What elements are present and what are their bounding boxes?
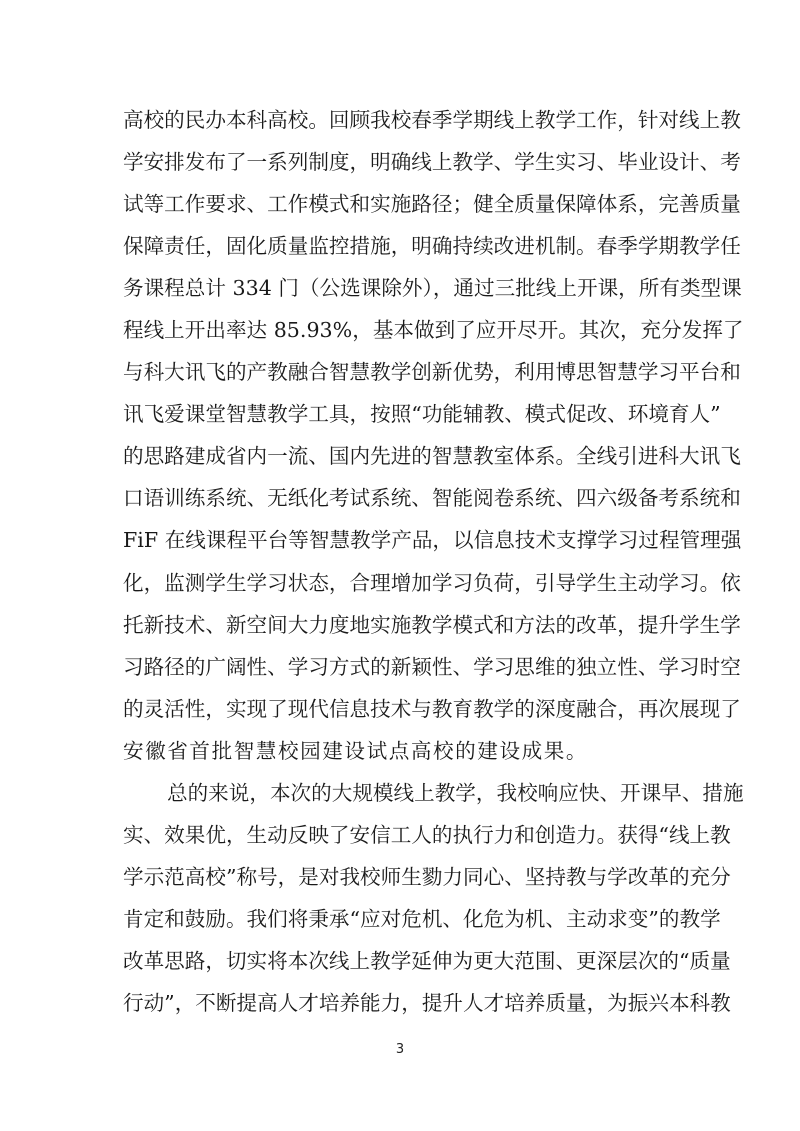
text-line: 总的来说，本次的大规模线上教学，我校响应快、开课早、措施	[123, 772, 679, 814]
page-number: 3	[0, 1042, 800, 1057]
text-line: 习路径的广阔性、学习方式的新颖性、学习思维的独立性、学习时空	[123, 646, 679, 688]
text-line: 肯定和鼓励。我们将秉承“应对危机、化危为机、主动求变”的教学	[123, 898, 679, 940]
text-line: 安徽省首批智慧校园建设试点高校的建设成果。	[123, 730, 679, 772]
text-line: 化，监测学生学习状态，合理增加学习负荷，引导学生主动学习。依	[123, 562, 679, 604]
text-line: 改革思路，切实将本次线上教学延伸为更大范围、更深层次的“质量	[123, 940, 679, 982]
text-line: 实、效果优，生动反映了安信工人的执行力和创造力。获得“线上教	[123, 814, 679, 856]
text-line: 讯飞爱课堂智慧教学工具，按照“功能辅教、模式促改、环境育人”	[123, 393, 679, 435]
text-line: 高校的民办本科高校。回顾我校春季学期线上教学工作，针对线上教	[123, 99, 679, 141]
text-line: 保障责任，固化质量监控措施，明确持续改进机制。春季学期教学任	[123, 225, 679, 267]
text-line: 口语训练系统、无纸化考试系统、智能阅卷系统、四六级备考系统和	[123, 477, 679, 519]
document-page: 高校的民办本科高校。回顾我校春季学期线上教学工作，针对线上教 学安排发布了一系列…	[0, 0, 800, 1131]
text-line: 行动”，不断提高人才培养能力，提升人才培养质量，为振兴本科教	[123, 982, 679, 1024]
text-line: 托新技术、新空间大力度地实施教学模式和方法的改革，提升学生学	[123, 604, 679, 646]
paragraph-1: 高校的民办本科高校。回顾我校春季学期线上教学工作，针对线上教 学安排发布了一系列…	[123, 99, 679, 772]
text-line: 务课程总计 334 门（公选课除外），通过三批线上开课，所有类型课	[123, 267, 679, 309]
text-line: 学示范高校”称号，是对我校师生勠力同心、坚持教与学改革的充分	[123, 856, 679, 898]
text-line: 试等工作要求、工作模式和实施路径；健全质量保障体系，完善质量	[123, 183, 679, 225]
text-line: 与科大讯飞的产教融合智慧教学创新优势，利用博思智慧学习平台和	[123, 351, 679, 393]
body-text: 高校的民办本科高校。回顾我校春季学期线上教学工作，针对线上教 学安排发布了一系列…	[123, 99, 679, 1024]
text-line: 学安排发布了一系列制度，明确线上教学、学生实习、毕业设计、考	[123, 141, 679, 183]
text-line: FiF 在线课程平台等智慧教学产品，以信息技术支撑学习过程管理强	[123, 519, 679, 561]
text-line: 程线上开出率达 85.93%，基本做到了应开尽开。其次，充分发挥了	[123, 309, 679, 351]
text-line: 的思路建成省内一流、国内先进的智慧教室体系。全线引进科大讯飞	[123, 435, 679, 477]
paragraph-2: 总的来说，本次的大规模线上教学，我校响应快、开课早、措施 实、效果优，生动反映了…	[123, 772, 679, 1024]
text-line: 的灵活性，实现了现代信息技术与教育教学的深度融合，再次展现了	[123, 688, 679, 730]
